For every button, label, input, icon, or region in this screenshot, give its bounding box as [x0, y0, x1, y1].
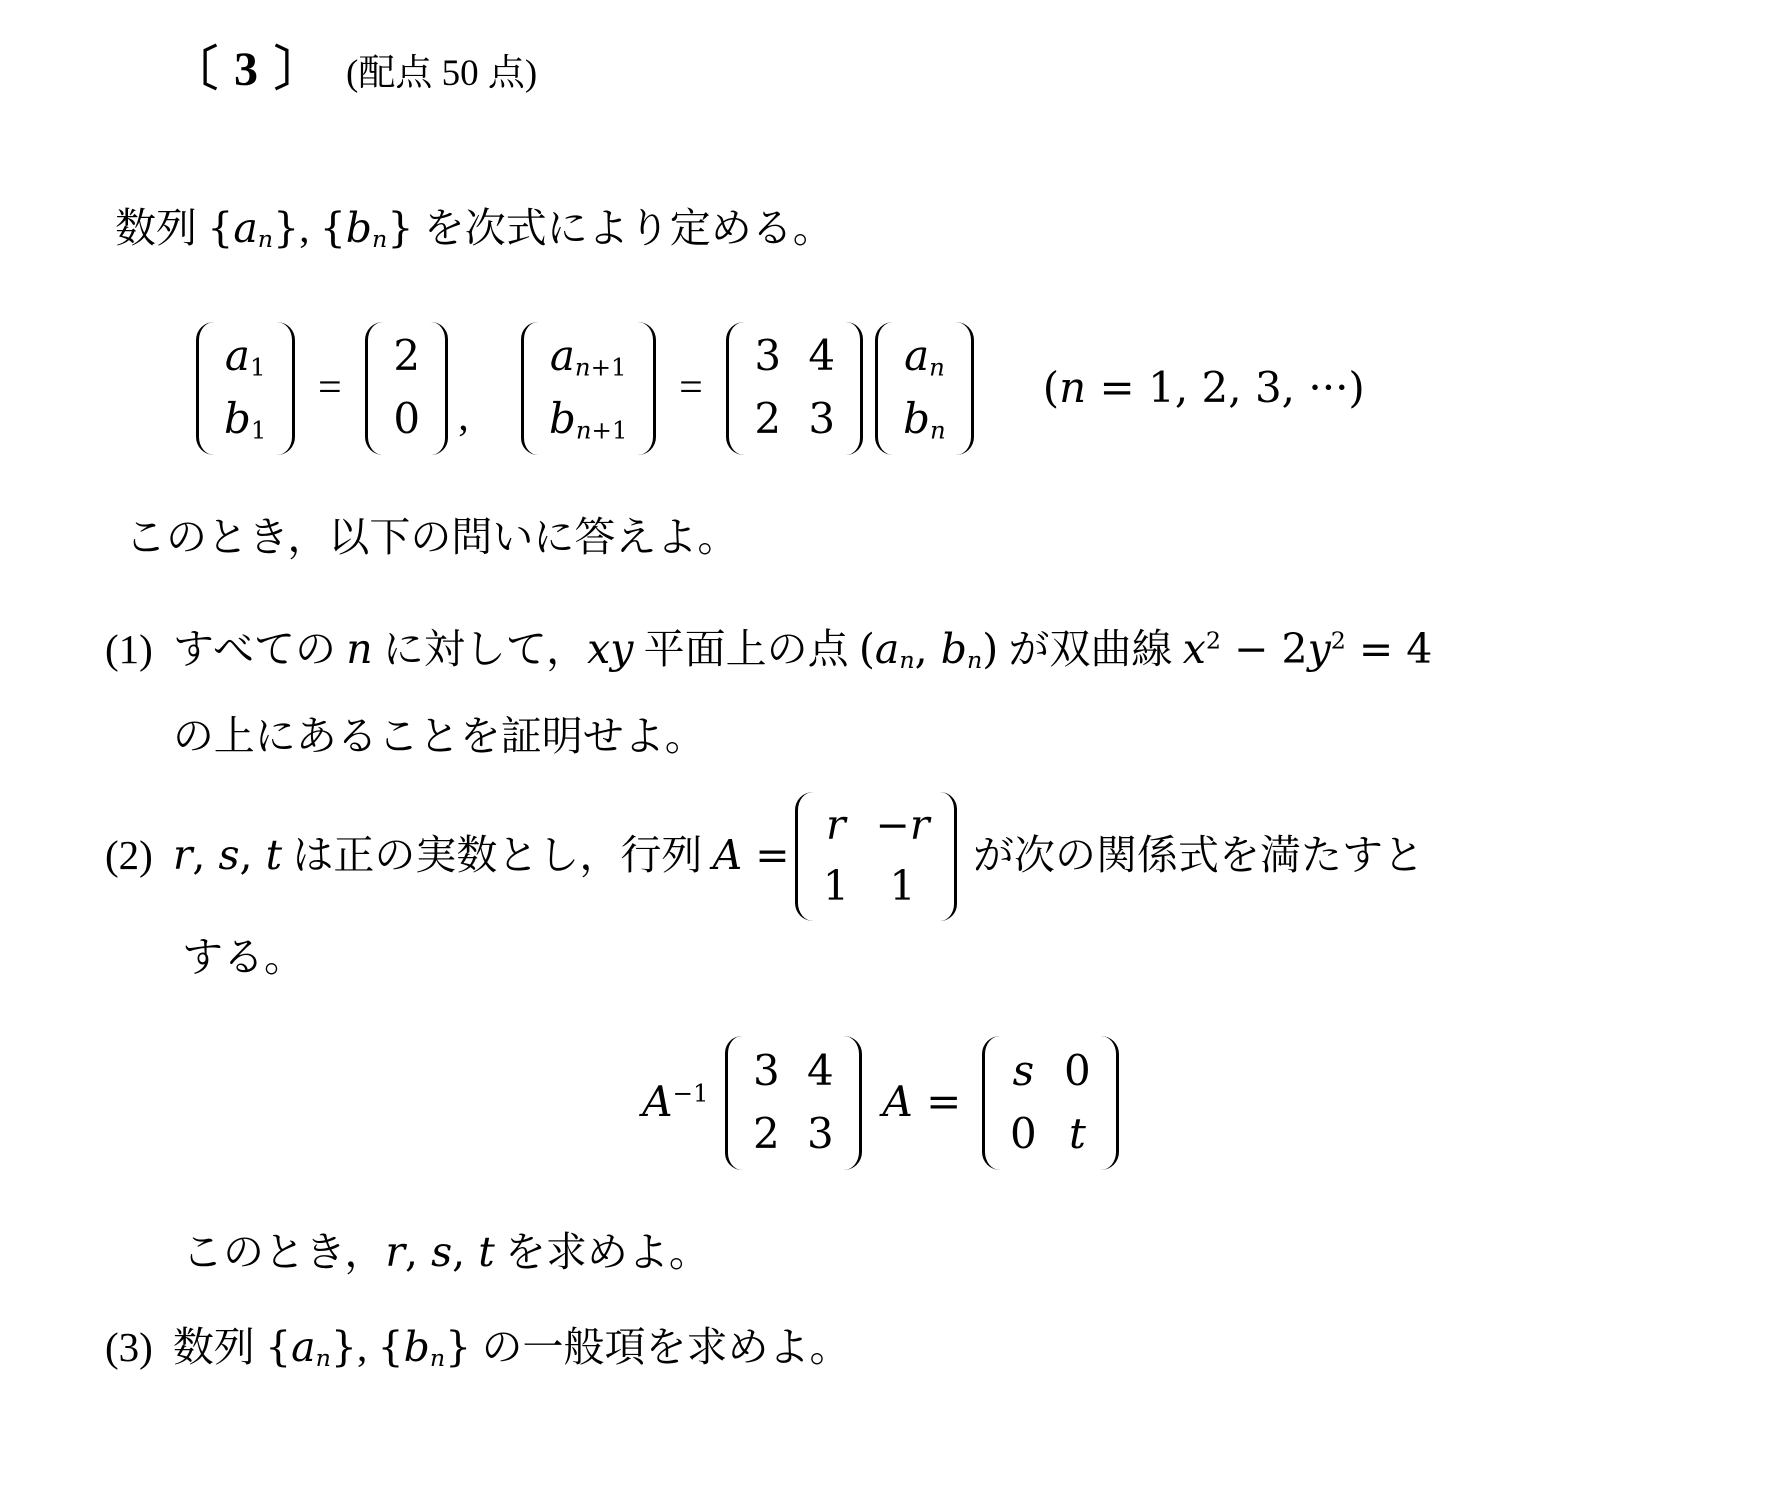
right-paren [277, 322, 295, 456]
matrix-cell: 1 [889, 864, 915, 909]
question-1-line1: すべての n に対して，xy 平面上の点 (an, bn) が双曲線 x2 − … [173, 619, 1433, 681]
left-paren [521, 322, 539, 456]
left-paren [365, 322, 383, 456]
matrix-cell: 0 [1064, 1048, 1091, 1095]
right-paren [844, 1036, 862, 1170]
relation-equation: A−1 3 4 2 3 A = s 0 0 t [0, 1036, 1767, 1170]
question-2-label: (2) [105, 825, 153, 887]
matrix-cell: 2 [754, 396, 781, 443]
left-paren [726, 322, 744, 456]
matrix-cell: bn+1 [549, 396, 628, 443]
right-paren [431, 322, 449, 456]
left-paren [795, 792, 812, 921]
coefficient-matrix: 3 4 2 3 [726, 322, 863, 456]
matrix-cell: 0 [393, 396, 420, 443]
intro-text: 数列 {an}, {bn} を次式により定める。 [115, 198, 1767, 260]
left-paren [982, 1036, 1000, 1170]
left-paren [875, 322, 893, 456]
matrix-cell: a1 [225, 333, 266, 380]
problem-header: 〔 3 〕 (配点 50 点) [170, 34, 1767, 106]
matrix-cell: 4 [807, 1048, 834, 1095]
question-1-line2: の上にあることを証明せよ。 [173, 706, 1433, 768]
question-2-continuation: する。 [182, 927, 1767, 989]
matrix-cell: 1 [823, 864, 849, 909]
vector-an-bn: an bn [875, 322, 974, 456]
matrix-cell: bn [903, 396, 946, 443]
matrix-cell: 2 [753, 1111, 780, 1158]
index-condition: (n = 1, 2, 3, ···) [1043, 356, 1365, 421]
question-2: (2) r, s, t は正の実数とし，行列 A = r −r 1 1 が次の関… [105, 792, 1767, 921]
equals-sign: = [679, 357, 703, 420]
diagonal-matrix: s 0 0 t [982, 1036, 1119, 1170]
right-paren [1101, 1036, 1119, 1170]
matrix-cell: t [1069, 1111, 1086, 1158]
left-paren [725, 1036, 743, 1170]
question-2-post-text: が次の関係式を満たすと [973, 825, 1424, 887]
comma: , [458, 386, 469, 449]
problem-points: (配点 50 点) [346, 46, 537, 102]
matrix-cell: 3 [754, 333, 781, 380]
left-paren [196, 322, 214, 456]
matrix-cell: 3 [807, 1111, 834, 1158]
question-2-pre-text: r, s, t は正の実数とし，行列 A = [173, 825, 790, 887]
question-3-text: 数列 {an}, {bn} の一般項を求めよ。 [173, 1317, 851, 1379]
matrix-cell: 3 [808, 396, 835, 443]
vector-2-0: 2 0 [365, 322, 448, 456]
question-3-label: (3) [105, 1317, 153, 1379]
problem-number: 〔 3 〕 [170, 34, 324, 106]
right-paren [956, 322, 974, 456]
question-3: (3) 数列 {an}, {bn} の一般項を求めよ。 [105, 1317, 1767, 1379]
question-1-label: (1) [105, 619, 153, 768]
matrix-cell: 4 [808, 333, 835, 380]
right-paren [638, 322, 656, 456]
right-paren [846, 322, 864, 456]
lead-text: このとき，以下の問いに答えよ。 [125, 507, 1767, 569]
right-paren [940, 792, 957, 921]
matrix-cell: s [1013, 1048, 1035, 1095]
definition-equation: a1 b1 = 2 0 , an+1 bn+1 = [190, 322, 1767, 456]
matrix-cell: r [826, 803, 846, 848]
matrix-cell: −r [876, 803, 930, 848]
matrix-cell: 0 [1010, 1111, 1037, 1158]
equals-sign: = [318, 357, 342, 420]
vector-a1-b1: a1 b1 [196, 322, 295, 456]
matrix-cell: an [904, 333, 945, 380]
coefficient-matrix: 3 4 2 3 [725, 1036, 862, 1170]
matrix-cell: b1 [224, 396, 266, 443]
A-equals: A = [882, 1070, 961, 1135]
exam-page: 〔 3 〕 (配点 50 点) 数列 {an}, {bn} を次式により定める。… [0, 0, 1767, 1502]
matrix-cell: an+1 [550, 333, 627, 380]
question-1-body: すべての n に対して，xy 平面上の点 (an, bn) が双曲線 x2 − … [173, 619, 1433, 768]
question-1: (1) すべての n に対して，xy 平面上の点 (an, bn) が双曲線 x… [105, 619, 1767, 768]
matrix-cell: 3 [753, 1048, 780, 1095]
question-2-ask: このとき，r, s, t を求めよ。 [182, 1222, 1767, 1284]
vector-an1-bn1: an+1 bn+1 [521, 322, 656, 456]
matrix-cell: 2 [393, 333, 420, 380]
matrix-A: r −r 1 1 [795, 792, 957, 921]
A-inverse: A−1 [642, 1070, 708, 1135]
